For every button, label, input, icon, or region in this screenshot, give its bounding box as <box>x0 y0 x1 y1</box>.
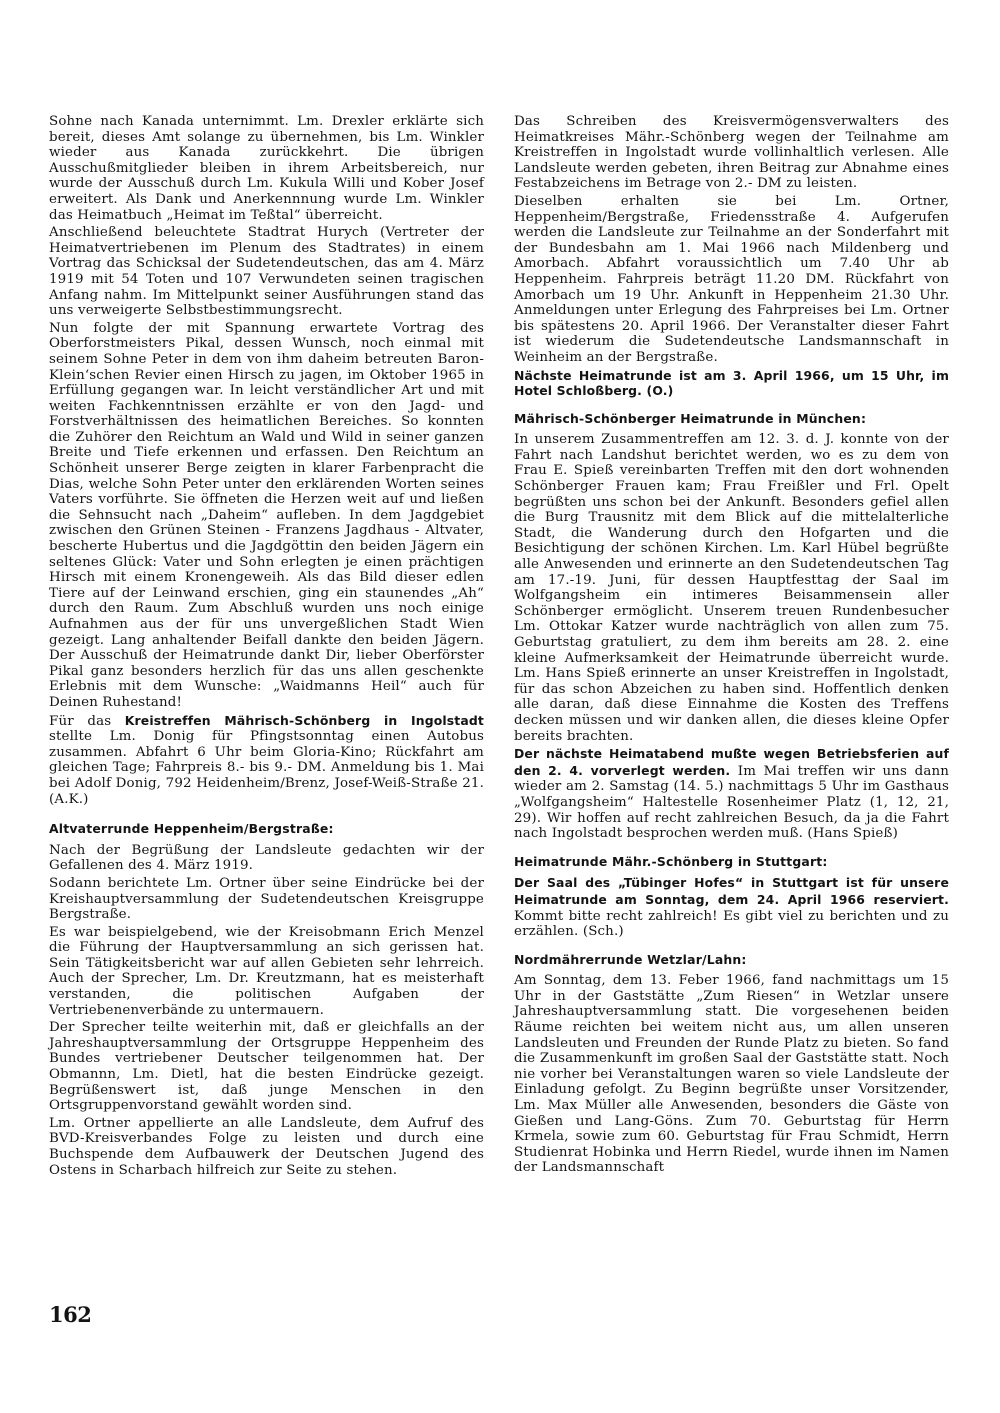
paragraph-kreisvermoegensverwalter: Das Schreiben des Kreisvermögensverwalte… <box>514 114 949 192</box>
section-heading-stuttgart: Heimatrunde Mähr.-Schönberg in Stuttgart… <box>514 854 949 870</box>
page-number: 162 <box>49 1302 91 1327</box>
kreistreffen-highlight: Kreistreffen Mährisch-Schönberg in Ingol… <box>125 713 484 728</box>
left-column: Sohne nach Kanada unternimmt. Lm. Drexle… <box>49 114 484 1180</box>
notice-naechste-heimatrunde: Nächste Heimatrunde ist am 3. April 1966… <box>514 368 949 399</box>
paragraph-kreistreffen-autobus: Für das Kreistreffen Mährisch-Schönberg … <box>49 713 484 808</box>
paragraph-pikal-vortrag: Nun folgte der mit Spannung erwartete Vo… <box>49 321 484 711</box>
paragraph-jahreshauptversammlung: Am Sonntag, dem 13. Feber 1966, fand nac… <box>514 973 949 1176</box>
paragraph-tuebinger-hof: Der Saal des „Tübinger Hofes“ in Stuttga… <box>514 875 949 939</box>
paragraph-ausschuss: Sohne nach Kanada unternimmt. Lm. Drexle… <box>49 114 484 223</box>
section-heading-heppenheim: Altvaterrunde Heppenheim/Bergstraße: <box>49 821 484 837</box>
paragraph-ortner-appell: Lm. Ortner appellierte an alle Landsleut… <box>49 1116 484 1178</box>
paragraph-sprecher: Der Sprecher teilte weiterhin mit, daß e… <box>49 1020 484 1114</box>
section-heading-wetzlar: Nordmährerrunde Wetzlar/Lahn: <box>514 952 949 968</box>
paragraph-heimatabend: Der nächste Heimatabend mußte wegen Betr… <box>514 746 949 842</box>
paragraph-hurych-vortrag: Anschließend beleuchtete Stadtrat Hurych… <box>49 225 484 319</box>
paragraph-sonderfahrt: Dieselben erhalten sie bei Lm. Ortner, H… <box>514 194 949 366</box>
right-column: Das Schreiben des Kreisvermögensverwalte… <box>514 114 949 1178</box>
paragraph-begruessung: Nach der Begrüßung der Landsleute gedach… <box>49 843 484 874</box>
tuebinger-hof-highlight: Der Saal des „Tübinger Hofes“ in Stuttga… <box>514 875 949 907</box>
paragraph-menzel: Es war beispielgebend, wie der Kreisobma… <box>49 925 484 1019</box>
section-heading-muenchen: Mährisch-Schönberger Heimatrunde in Münc… <box>514 411 949 427</box>
paragraph-landshut: In unserem Zusammentreffen am 12. 3. d. … <box>514 432 949 744</box>
paragraph-ortner-bericht: Sodann berichtete Lm. Ortner über seine … <box>49 876 484 923</box>
